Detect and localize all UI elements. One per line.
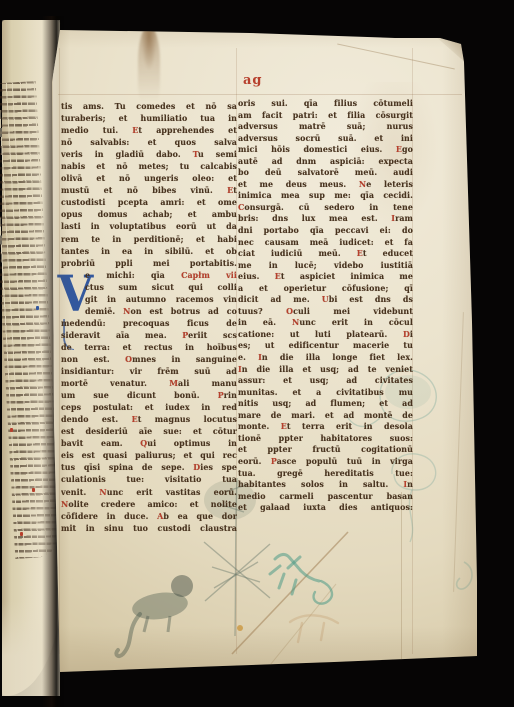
text-run: eius.: [238, 272, 275, 281]
text-line: e. In die illa longe fiet lex.: [238, 352, 413, 364]
rubricated-text: D: [403, 330, 410, 339]
text-run: dicit ad me.: [238, 295, 322, 304]
text-line: tionē ppter habitatores suos:: [238, 433, 413, 445]
text-line: mustū et nō bibes vinū. Et: [61, 185, 237, 197]
text-line: tantes in ea in sibilū. et ob: [61, 246, 237, 258]
text-run: ram: [395, 214, 413, 223]
text-line: inimica mea sup me: qīa cecidi.: [238, 190, 413, 202]
text-run: ui optimus in: [147, 439, 237, 448]
text-run: ceps postulat: et iudex in red: [61, 403, 237, 412]
text-line: um sue dicunt bonū. Prin: [61, 390, 237, 402]
text-column-left: tis ams. Tu comedes et nō saturaberis; e…: [61, 101, 237, 535]
text-run: n die illa et usq; ad te veniet: [242, 365, 413, 374]
text-line: bris: dns lux mea est. Iram: [238, 213, 413, 225]
text-run: eorū.: [238, 457, 271, 466]
text-line: munitas. et a civitatibus mu: [238, 387, 413, 399]
text-run: nec causam meā iudicet: et fa: [238, 238, 413, 247]
text-line: rem te in perditionē; et habi: [61, 234, 237, 246]
green-dragon-sketch: [270, 554, 332, 603]
faded-rider-sketch: [290, 615, 338, 642]
text-line: mici hōis domestici eius. Ego: [238, 144, 413, 156]
text-run: rem te in perditionē; et habi: [61, 235, 237, 244]
text-run: git in autumno racemos vin: [85, 295, 237, 304]
text-line: mortē venatur. Mali manu: [61, 378, 237, 390]
text-run: mortē venatur.: [61, 379, 169, 388]
text-line: dendo est. Et magnus locutus: [61, 414, 237, 426]
text-run: autē ad dnm aspiciā: expecta: [238, 157, 413, 166]
text-line: mit in sinu tuo custodi claustra: [61, 523, 237, 535]
text-run: eis est quasi paliurus; et qui rec: [61, 451, 237, 460]
text-run: oris sui. qīa filius cōtumeli: [238, 99, 413, 108]
text-line: probriū ppli mei portabitis.: [61, 258, 237, 270]
text-line: et ppter fructū cogitationū: [238, 444, 413, 456]
text-run: e.: [238, 353, 258, 362]
text-line: est desideriū aīe sue: et cōtur: [61, 426, 237, 438]
text-run: lasti in voluptatibus eorū ut da: [61, 222, 237, 231]
ruling-line-horizontal: [58, 94, 462, 95]
text-run: et me deus meus.: [238, 180, 359, 189]
text-run: inimica mea sup me: qīa cecidi.: [238, 191, 413, 200]
text-line: adversus socrū suā. et ini: [238, 133, 413, 145]
text-line: nō salvabis: et quos salva: [61, 137, 237, 149]
text-run: tua. gregē hereditatis tue:: [238, 469, 413, 478]
text-line: lasti in voluptatibus eorū ut da: [61, 221, 237, 233]
text-run: eriit scs: [188, 331, 237, 340]
text-run: bo deū salvatorē meū. audi: [238, 168, 413, 177]
text-run: et ppter fructū cogitationū: [238, 445, 413, 454]
text-line: mare de mari. et ad montē de: [238, 410, 413, 422]
text-run: catione: ut luti platearū.: [238, 330, 403, 339]
text-run: culi mei videbunt: [293, 307, 413, 316]
text-run: venit.: [61, 488, 99, 497]
text-line: culationis tue: visitatio tua: [61, 474, 237, 486]
text-line: venit. Nunc erit vastitas eorū.: [61, 487, 237, 499]
text-line: custodisti pcepta amri: et ome: [61, 197, 237, 209]
text-run: tantes in ea in sibilū. et ob: [61, 247, 237, 256]
text-run: unc erit vastitas eorū.: [107, 488, 237, 497]
text-run: ciat iudiciū meū.: [238, 249, 357, 258]
text-run: ali manu: [178, 379, 237, 388]
text-run: olite credere amico: et nolite: [68, 500, 237, 509]
rubricated-text: U: [322, 295, 329, 304]
text-line: Consurgā. cū sedero in tene: [238, 202, 413, 214]
text-run: um sue dicunt bonū.: [61, 391, 218, 400]
text-run: t: [233, 186, 237, 195]
text-run: onsurgā. cū sedero in tene: [244, 203, 413, 212]
text-run: adversus matrē suā; nurus: [238, 122, 413, 131]
facing-red-initial: [10, 428, 13, 432]
text-line: olivā et nō ungeris oleo: et: [61, 173, 237, 185]
text-run: t aspiciet inimica me: [281, 272, 413, 281]
text-line: nabis et nō metes; tu calcabis: [61, 161, 237, 173]
text-line: a et operietur cōfusione; qī: [238, 283, 413, 295]
text-run: tus qīsi spina de sepe.: [61, 463, 193, 472]
text-run: monte.: [238, 422, 281, 431]
text-run: olivā et nō ungeris oleo: et: [61, 174, 237, 183]
text-line: tis ams. Tu comedes et nō sa: [61, 101, 237, 113]
text-line: eius. Et aspiciet inimica me: [238, 271, 413, 283]
text-run: i: [410, 330, 413, 339]
text-run: go: [402, 145, 413, 154]
text-line: ciat iudiciū meū. Et educet: [238, 248, 413, 260]
rubricated-text: O: [286, 307, 293, 316]
text-line: insidiantur: vir frēm suū ad: [61, 366, 237, 378]
text-run: unc erit in cōcul: [299, 318, 413, 327]
text-run: turaberis; et humiliatio tua in: [61, 114, 237, 123]
text-line: oris sui. qīa filius cōtumeli: [238, 98, 413, 110]
text-line: ctus sum sicut qui colli: [61, 282, 237, 294]
text-line: veris in gladiū dabo. Tu semi: [61, 149, 237, 161]
text-run: tionē ppter habitatores suos:: [238, 434, 413, 443]
text-run: nō salvabis: et quos salva: [61, 138, 237, 147]
text-line: et galaad iuxta dies antiquos:: [238, 502, 413, 514]
text-run: tuus?: [238, 307, 286, 316]
text-line: opus domus achab; et ambu: [61, 209, 237, 221]
manuscript-photo: ag V tis ams. Tu comedes et nō saturaber…: [0, 0, 514, 707]
text-run: demiē.: [85, 307, 123, 316]
text-line: tua. gregē hereditatis tue:: [238, 468, 413, 480]
text-run: dendo est.: [61, 415, 132, 424]
text-run: cōfidere in duce.: [61, 512, 157, 521]
text-line: assur: et usq; ad civitates: [238, 375, 413, 387]
text-line: git in autumno racemos vin: [61, 294, 237, 306]
text-run: veris in gladiū dabo.: [61, 150, 193, 159]
text-line: autē ad dnm aspiciā: expecta: [238, 156, 413, 168]
text-run: munitas. et a civitatibus mu: [238, 388, 413, 397]
text-line: cōfidere in duce. Ab ea que dor: [61, 511, 237, 523]
text-run: es; ut edificentur macerie tu: [238, 341, 413, 350]
text-run: adversus socrū suā. et ini: [238, 134, 413, 143]
text-line: nec causam meā iudicet: et fa: [238, 237, 413, 249]
text-run: b ea que dor: [163, 512, 237, 521]
text-column-right: oris sui. qīa filius cōtumeliam facit pa…: [238, 98, 413, 514]
text-line: tus qīsi spina de sepe. Dies spe: [61, 462, 237, 474]
text-line: medio carmeli pascentur basan: [238, 491, 413, 503]
text-run: insidiantur: vir frēm suū ad: [61, 367, 237, 376]
text-run: ies spe: [200, 463, 237, 472]
text-run: mnes in sanguine: [132, 355, 237, 364]
facing-blue-initial: [36, 306, 39, 310]
text-run: sideravit aīa mea.: [61, 331, 182, 340]
text-line: et me deus meus. Ne leteris: [238, 179, 413, 191]
text-run: dni portabo qīa peccavi ei: do: [238, 226, 413, 235]
text-run: rin: [224, 391, 237, 400]
text-line: me in lucē; videbo iustitiā: [238, 260, 413, 272]
text-run: me in lucē; videbo iustitiā: [238, 261, 413, 270]
facing-red-initial: [32, 488, 35, 492]
text-line: adversus matrē suā; nurus: [238, 121, 413, 133]
text-run: n die illa longe fiet lex.: [262, 353, 413, 362]
text-run: u semi: [198, 150, 237, 159]
text-run: t apprehendes et: [138, 126, 237, 135]
text-run: n: [407, 480, 413, 489]
text-run: de terra: et rectus in hoībus: [61, 343, 237, 352]
text-line: es; ut edificentur macerie tu: [238, 340, 413, 352]
text-line: in eā. Nunc erit in cōcul: [238, 317, 413, 329]
text-run: medio carmeli pascentur basan: [238, 492, 413, 501]
text-run: ctus sum sicut qui colli: [85, 283, 237, 292]
text-run: habitantes solos in saltu.: [238, 480, 403, 489]
text-run: medendū: precoquas ficus de: [61, 319, 237, 328]
facing-red-initial: [20, 532, 23, 536]
text-line: catione: ut luti platearū. Di: [238, 329, 413, 341]
text-line: Nolite credere amico: et nolite: [61, 499, 237, 511]
text-run: bris: dns lux mea est.: [238, 214, 391, 223]
text-run: medio tui.: [61, 126, 132, 135]
text-run: mustū et nō bibes vinū.: [61, 186, 227, 195]
text-line: bo deū salvatorē meū. audi: [238, 167, 413, 179]
text-line: tuus? Oculi mei videbunt: [238, 306, 413, 318]
text-line: In die illa et usq; ad te veniet: [238, 364, 413, 376]
manuscript-page: ag V tis ams. Tu comedes et nō saturaber…: [44, 22, 484, 674]
small-teal-curl: [457, 562, 472, 589]
text-line: eis est quasi paliurus; et qui rec: [61, 450, 237, 462]
text-line: dni portabo qīa peccavi ei: do: [238, 225, 413, 237]
text-run: mit in sinu tuo custodi claustra: [61, 524, 237, 533]
faded-animal-sketch: [116, 575, 193, 656]
corner-fold: [434, 35, 468, 65]
text-line: dicit ad me. Ubi est dns ds: [238, 294, 413, 306]
text-line: de terra: et rectus in hoībus: [61, 342, 237, 354]
text-line: nitis usq; ad flumen; et ad: [238, 398, 413, 410]
text-run: probriū ppli mei portabitis.: [61, 259, 237, 268]
text-line: medendū: precoquas ficus de: [61, 318, 237, 330]
text-run: opus domus achab; et ambu: [61, 210, 237, 219]
text-line: turaberis; et humiliatio tua in: [61, 113, 237, 125]
text-line: am facit patri: et filia cōsurgit: [238, 110, 413, 122]
ruling-line-vertical: [59, 48, 60, 654]
crease-line: [337, 44, 455, 70]
text-run: nabis et nō metes; tu calcabis: [61, 162, 237, 171]
text-run: e michi: qīa: [85, 271, 181, 280]
crease-line: [453, 312, 464, 592]
text-line: e michi: qīa Capłm vii: [61, 270, 237, 282]
running-title: ag: [243, 73, 263, 88]
text-run: assur: et usq; ad civitates: [238, 376, 413, 385]
text-run: e leteris: [366, 180, 413, 189]
text-run: t magnus locutus: [138, 415, 237, 424]
text-run: am facit patri: et filia cōsurgit: [238, 111, 413, 120]
text-run: custodisti pcepta amri: et ome: [61, 198, 237, 207]
text-run: culationis tue: visitatio tua: [61, 475, 237, 484]
spear-line: [232, 532, 348, 670]
text-line: demiē. Non est botrus ad co: [61, 306, 237, 318]
text-run: bavit eam.: [61, 439, 140, 448]
text-line: eorū. Pasce populū tuū in virga: [238, 456, 413, 468]
rubricated-text: Capłm vii: [181, 271, 237, 280]
rubricated-text: N: [99, 488, 106, 497]
text-run: a et operietur cōfusione; qī: [238, 284, 413, 293]
text-run: et galaad iuxta dies antiquos:: [238, 503, 413, 512]
text-run: on est botrus ad co: [130, 307, 237, 316]
text-line: habitantes solos in saltu. In: [238, 479, 413, 491]
orange-spot: [237, 625, 243, 631]
text-run: t educet: [363, 249, 413, 258]
text-line: bavit eam. Qui optimus in: [61, 438, 237, 450]
text-run: bi est dns ds: [329, 295, 413, 304]
text-line: medio tui. Et apprehendes et: [61, 125, 237, 137]
text-run: mici hōis domestici eius.: [238, 145, 396, 154]
text-run: t terra erit in desola: [287, 422, 413, 431]
text-line: monte. Et terra erit in desola: [238, 421, 413, 433]
text-run: in eā.: [238, 318, 292, 327]
rubricated-text: M: [169, 379, 178, 388]
text-line: sideravit aīa mea. Periit scs: [61, 330, 237, 342]
text-line: non est. Omnes in sanguine: [61, 354, 237, 366]
text-run: tis ams. Tu comedes et nō sa: [61, 102, 237, 111]
text-run: est desideriū aīe sue: et cōtur: [61, 427, 237, 436]
text-run: nitis usq; ad flumen; et ad: [238, 399, 413, 408]
text-line: ceps postulat: et iudex in red: [61, 402, 237, 414]
text-run: mare de mari. et ad montē de: [238, 411, 413, 420]
text-run: asce populū tuū in virga: [277, 457, 413, 466]
crease-line: [401, 492, 402, 660]
text-run: non est.: [61, 355, 125, 364]
